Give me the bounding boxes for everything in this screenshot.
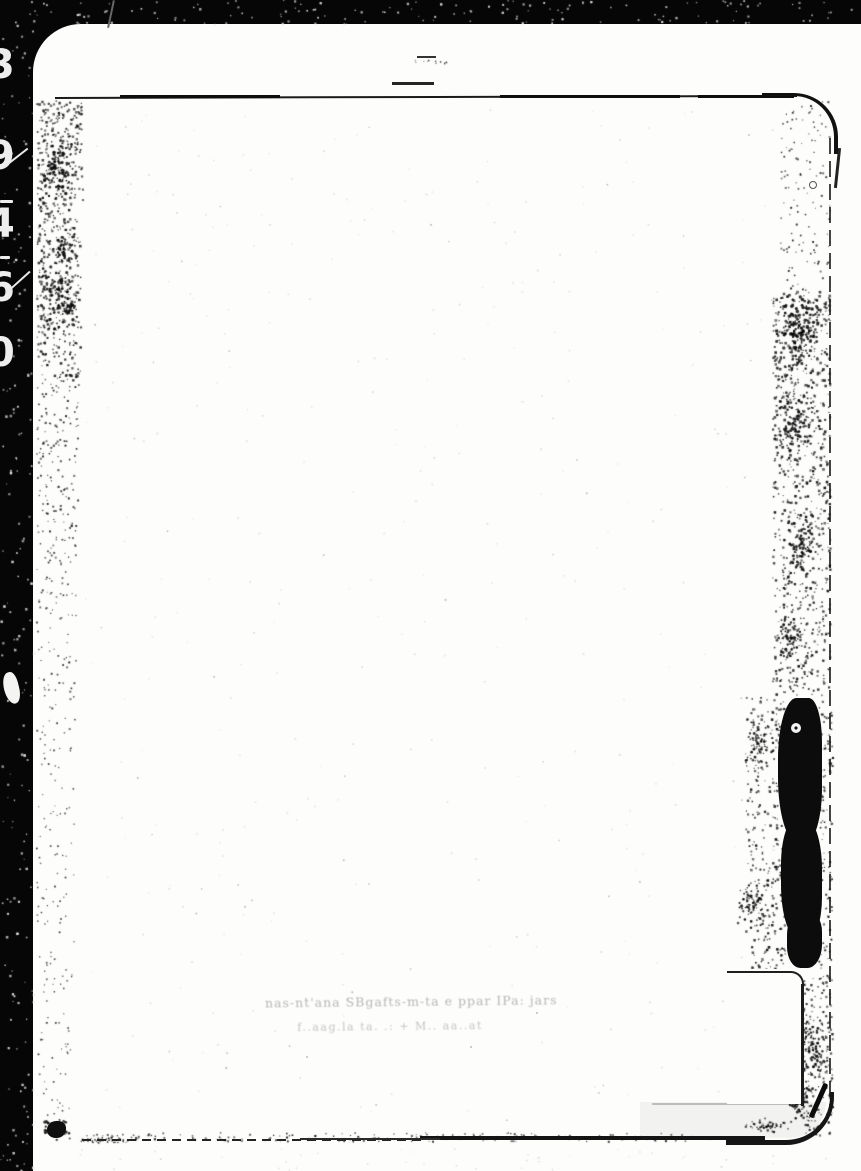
document-frame-bottom-edge xyxy=(300,1138,440,1140)
stamp-stray-dot xyxy=(306,1056,308,1058)
frame-top-dark-segment xyxy=(120,95,280,99)
scanned-document-page: 3 9 4 6 0 nas-nt'ana SBgafts-m-ta e ppar… xyxy=(0,0,861,1171)
document-frame-bottom-edge xyxy=(420,1136,765,1140)
film-strip-tick xyxy=(0,200,13,203)
film-strip-digit: 4 xyxy=(0,204,15,244)
film-strip-digit: 3 xyxy=(0,45,15,85)
toner-blotch xyxy=(787,912,822,968)
stamp-stray-dot xyxy=(470,1046,472,1048)
faded-stamp-line-1: nas-nt'ana SBgafts-m-ta e ppar IPa: jars xyxy=(265,993,535,1011)
small-ring-mark xyxy=(809,181,817,189)
film-strip-tick xyxy=(0,256,10,259)
stray-dash-mark xyxy=(392,82,434,85)
film-strip-digit: 9 xyxy=(0,136,15,176)
white-patch-right-edge xyxy=(801,984,804,1106)
bubble-void-in-toner xyxy=(791,723,801,733)
white-patch xyxy=(727,969,801,1104)
faded-stamp-line-2: f..aag.la ta. .: + M.. aa..at xyxy=(290,1019,490,1034)
bottom-left-toner-blob xyxy=(47,1121,66,1138)
frame-top-dark-segment xyxy=(500,95,680,99)
stamp-stray-dot xyxy=(536,1012,538,1014)
stray-dash-mark xyxy=(417,56,436,58)
film-strip-digit: 0 xyxy=(0,333,15,373)
white-patch-top-edge xyxy=(727,971,788,973)
document-frame-right-edge xyxy=(829,138,831,1108)
film-strip-digit: 6 xyxy=(0,268,15,308)
